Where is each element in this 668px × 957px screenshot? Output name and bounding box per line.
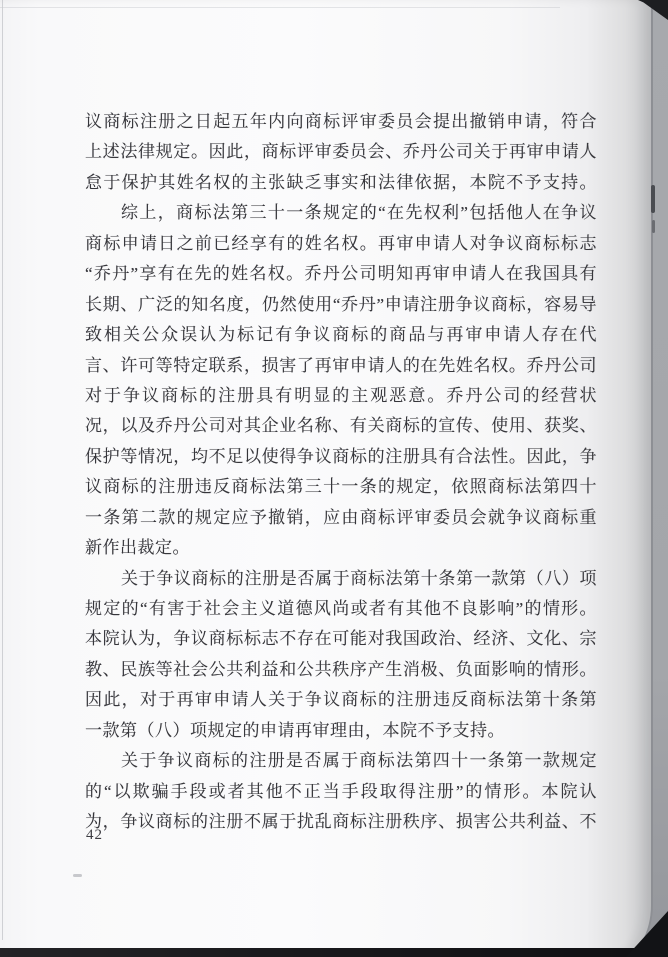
scan-top-line	[0, 7, 560, 8]
scanned-page: 议商标注册之日起五年内向商标评审委员会提出撤销申请，符合 上述法律规定。因此，商…	[0, 0, 668, 957]
text-line paragraph-start: 综上，商标法第三十一条规定的“在先权利”包括他人在争议	[85, 198, 597, 228]
text-line paragraph-start: 关于争议商标的注册是否属于商标法第四十一条第一款规定	[85, 746, 597, 776]
text-line: 怠于保护其姓名权的主张缺乏事实和法律依据，本院不予支持。	[85, 168, 597, 198]
text-line: 一条第二款的规定应予撤销，应由商标评审委员会就争议商标重	[85, 503, 597, 533]
text-line: 议商标的注册违反商标法第三十一条的规定，依照商标法第四十	[85, 472, 597, 502]
page-edge-mark	[652, 220, 655, 233]
text-line: “乔丹”享有在先的姓名权。乔丹公司明知再审申请人在我国具有	[85, 259, 597, 289]
page-left-edge-line	[2, 0, 3, 940]
text-line: 长期、广泛的知名度，仍然使用“乔丹”申请注册争议商标，容易导	[85, 290, 597, 320]
text-line: 本院认为，争议商标标志不存在可能对我国政治、经济、文化、宗	[85, 624, 597, 654]
text-line paragraph-start: 关于争议商标的注册是否属于商标法第十条第一款第（八）项	[85, 564, 597, 594]
text-line: 因此，对于再审申请人关于争议商标的注册违反商标法第十条第	[85, 685, 597, 715]
text-line: 保护等情况，均不足以使得争议商标的注册具有合法性。因此，争	[85, 442, 597, 472]
body-text: 议商标注册之日起五年内向商标评审委员会提出撤销申请，符合 上述法律规定。因此，商…	[85, 107, 597, 838]
scan-bottom-border	[0, 948, 668, 957]
text-line paragraph-end: 新作出裁定。	[85, 533, 597, 563]
text-line: 教、民族等社会公共利益和公共秩序产生消极、负面影响的情形。	[85, 655, 597, 685]
text-line: 为，争议商标的注册不属于扰乱商标注册秩序、损害公共利益、不	[85, 807, 597, 837]
text-line: 上述法律规定。因此，商标评审委员会、乔丹公司关于再审申请人	[85, 137, 597, 167]
text-line: 的“以欺骗手段或者其他不正当手段取得注册”的情形。本院认	[85, 777, 597, 807]
text-line: 致相关公众误认为标记有争议商标的商品与再审申请人存在代	[85, 320, 597, 350]
text-line: 对于争议商标的注册具有明显的主观恶意。乔丹公司的经营状	[85, 381, 597, 411]
text-line: 况，以及乔丹公司对其企业名称、有关商标的宣传、使用、获奖、被	[85, 411, 597, 441]
page-number: 42	[86, 827, 103, 844]
text-line: 言、许可等特定联系，损害了再审申请人的在先姓名权。乔丹公司	[85, 351, 597, 381]
text-line: 规定的“有害于社会主义道德风尚或者有其他不良影响”的情形。	[85, 594, 597, 624]
text-line: 议商标注册之日起五年内向商标评审委员会提出撤销申请，符合	[85, 107, 597, 137]
text-line paragraph-end: 一款第（八）项规定的申请再审理由，本院不予支持。	[85, 716, 597, 746]
page-edge-mark	[651, 185, 655, 213]
text-line: 商标申请日之前已经享有的姓名权。再审申请人对争议商标标志	[85, 229, 597, 259]
scan-smudge	[73, 874, 82, 877]
